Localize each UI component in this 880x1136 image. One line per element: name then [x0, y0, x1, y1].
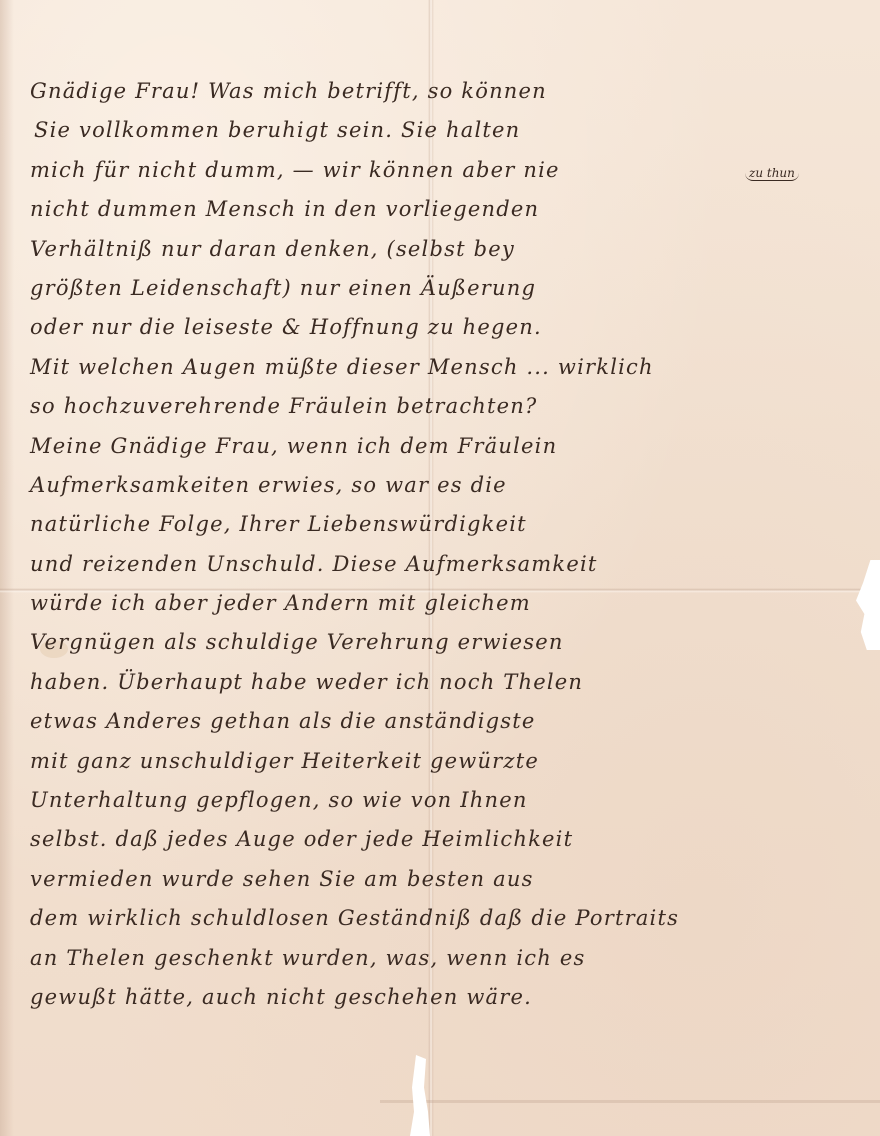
letter-line-4: nicht dummen Mensch in den vorliegenden — [30, 190, 870, 229]
letter-line-14: würde ich aber jeder Andern mit gleichem — [30, 584, 870, 623]
letter-line-13: und reizenden Unschuld. Diese Aufmerksam… — [30, 545, 870, 584]
letter-line-10: Meine Gnädige Frau, wenn ich dem Fräulei… — [30, 427, 870, 466]
letter-line-12: natürliche Folge, Ihrer Liebenswürdigkei… — [30, 505, 870, 544]
letter-line-17: etwas Anderes gethan als die anständigst… — [30, 702, 870, 741]
letter-line-18: mit ganz unschuldiger Heiterkeit gewürzt… — [30, 742, 870, 781]
letter-line-8: Mit welchen Augen müßte dieser Mensch ..… — [30, 348, 870, 387]
letter-line-20: selbst. daß jedes Auge oder jede Heimlic… — [30, 820, 870, 859]
letter-line-24: gewußt hätte, auch nicht geschehen wäre. — [30, 978, 870, 1017]
letter-line-23: an Thelen geschenkt wurden, was, wenn ic… — [30, 939, 870, 978]
letter-line-3: mich für nicht dumm, — wir können aber n… — [30, 151, 870, 190]
letter-line-5: Verhältniß nur daran denken, (selbst bey — [30, 230, 870, 269]
letter-page: zu thun Gnädige Frau! Was mich betrifft,… — [0, 0, 880, 1136]
lower-fold-crease — [380, 1100, 880, 1103]
letter-line-16: haben. Überhaupt habe weder ich noch The… — [30, 663, 870, 702]
letter-line-21: vermieden wurde sehen Sie am besten aus — [30, 860, 870, 899]
letter-line-2: Sie vollkommen beruhigt sein. Sie halten — [30, 111, 870, 150]
paper-edge-shadow — [0, 0, 14, 1136]
letter-line-15: Vergnügen als schuldige Verehrung erwies… — [30, 623, 870, 662]
letter-body: Gnädige Frau! Was mich betrifft, so könn… — [30, 72, 870, 1017]
letter-line-22: dem wirklich schuldlosen Geständniß daß … — [30, 899, 870, 938]
letter-line-6: größten Leidenschaft) nur einen Äußerung — [30, 269, 870, 308]
letter-line-9: so hochzuverehrende Fräulein betrachten? — [30, 387, 870, 426]
letter-line-1: Gnädige Frau! Was mich betrifft, so könn… — [30, 72, 870, 111]
bottom-edge-tear — [410, 1055, 430, 1136]
letter-line-7: oder nur die leiseste & Hoffnung zu hege… — [30, 308, 870, 347]
letter-line-11: Aufmerksamkeiten erwies, so war es die — [30, 466, 870, 505]
letter-line-19: Unterhaltung gepflogen, so wie von Ihnen — [30, 781, 870, 820]
